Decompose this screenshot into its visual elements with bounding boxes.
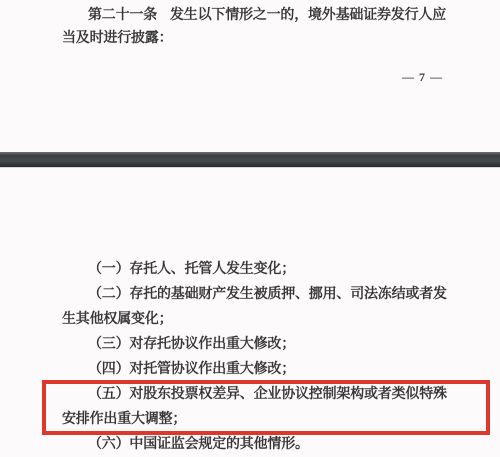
clause-item-6: （六）中国证监会规定的其他情形。 bbox=[88, 436, 309, 454]
article-number: 第二十一条 bbox=[88, 7, 157, 25]
document-page: 第二十一条发生以下情形之一的，境外基础证券发行人应 当及时进行披露： — 7 —… bbox=[0, 0, 500, 457]
page-break-bar bbox=[0, 152, 500, 168]
clause-item-1: （一）存托人、托管人发生变化； bbox=[88, 261, 295, 279]
clause-item-4: （四）对托管协议作出重大修改； bbox=[88, 361, 295, 379]
clause-item-2-line2: 生其他权属变化； bbox=[62, 311, 172, 329]
clause-item-5-line1: （五）对股东投票权差异、企业协议控制架构或者类似特殊 bbox=[88, 386, 447, 404]
article-intro-text: 发生以下情形之一的，境外基础证券发行人应 bbox=[170, 8, 446, 23]
clause-item-3: （三）对存托协议作出重大修改； bbox=[88, 336, 295, 354]
clause-item-5-line2: 安排作出重大调整； bbox=[62, 411, 186, 429]
article-intro-line2: 当及时进行披露： bbox=[62, 30, 172, 48]
page-number: — 7 — bbox=[402, 70, 443, 85]
clause-item-2-line1: （二）存托的基础财产发生被质押、挪用、司法冻结或者发 bbox=[88, 286, 447, 304]
article-intro-line1: 第二十一条发生以下情形之一的，境外基础证券发行人应 bbox=[88, 7, 446, 25]
